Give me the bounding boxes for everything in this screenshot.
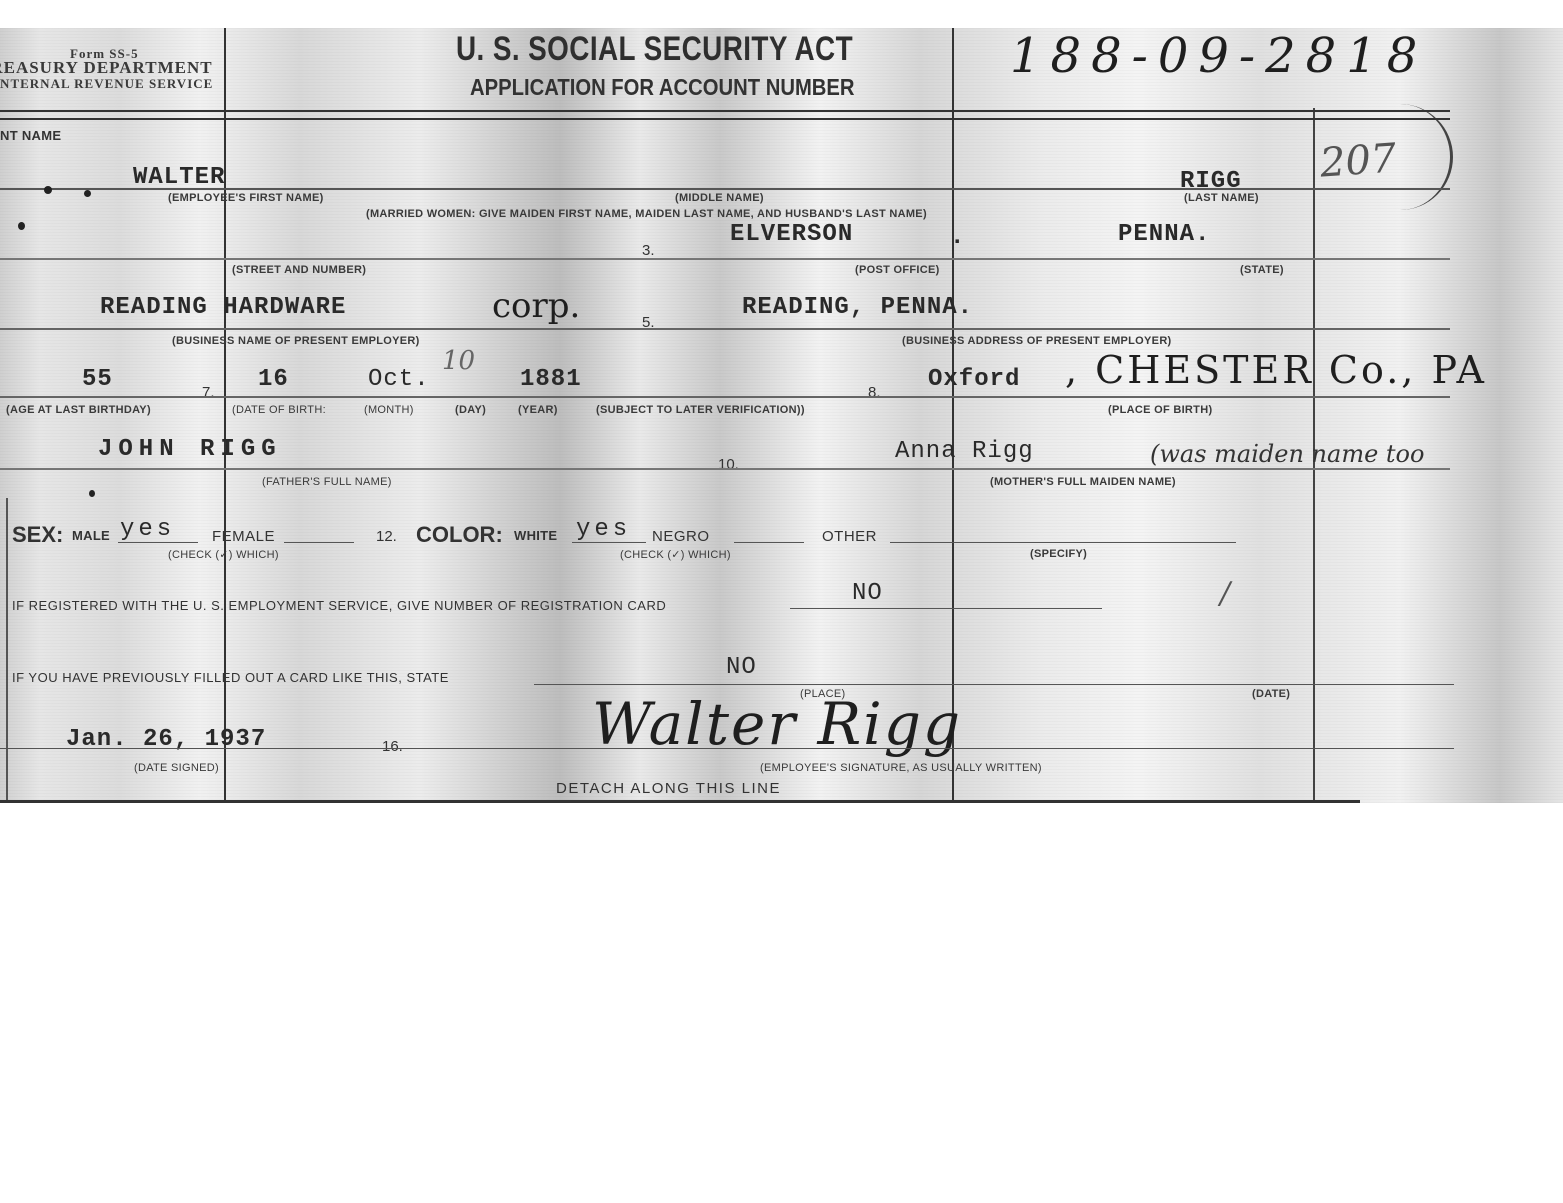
dob-caption-month: (MONTH) xyxy=(364,404,414,416)
punch-dot xyxy=(89,490,95,497)
parents-line xyxy=(0,468,1450,470)
dob-caption-day: (DAY) xyxy=(455,404,486,416)
last-name-value: RIGG xyxy=(1180,168,1242,195)
state-caption: (STATE) xyxy=(1240,264,1284,276)
mother-name-value: Anna Rigg xyxy=(895,438,1034,465)
street-caption: (STREET AND NUMBER) xyxy=(232,264,366,276)
post-office-number: 3. xyxy=(642,242,655,259)
dob-number: 7. xyxy=(202,384,215,401)
previous-card-date-caption: (DATE) xyxy=(1252,688,1290,700)
father-name-value: JOHN RIGG xyxy=(98,436,282,463)
header-divider xyxy=(0,110,1450,120)
last-name-caption: (LAST NAME) xyxy=(1184,192,1259,204)
form-subtitle: APPLICATION FOR ACCOUNT NUMBER xyxy=(470,74,855,101)
department-label: TREASURY DEPARTMENT xyxy=(0,58,213,78)
color-other-label: OTHER xyxy=(822,528,877,545)
sex-female-label: FEMALE xyxy=(212,528,275,545)
color-other-blank xyxy=(890,542,1236,543)
signature-caption: (EMPLOYEE'S SIGNATURE, AS USUALLY WRITTE… xyxy=(760,762,1042,774)
employer-address-value: READING, PENNA. xyxy=(742,294,973,321)
color-specify-caption: (SPECIFY) xyxy=(1030,548,1087,560)
previous-card-label: IF YOU HAVE PREVIOUSLY FILLED OUT A CARD… xyxy=(12,670,449,685)
color-number: 12. xyxy=(376,528,397,545)
dob-day: 16 xyxy=(258,366,289,393)
state-value: PENNA. xyxy=(1118,221,1210,248)
sex-male-value: yes xyxy=(120,516,175,543)
sex-female-blank xyxy=(284,542,354,543)
employment-service-label: IF REGISTERED WITH THE U. S. EMPLOYMENT … xyxy=(12,598,666,613)
color-negro-blank xyxy=(734,542,804,543)
employment-service-blank xyxy=(790,608,1102,609)
color-label: COLOR: xyxy=(416,522,503,548)
employer-name-caption: (BUSINESS NAME OF PRESENT EMPLOYER) xyxy=(172,335,420,347)
detach-line xyxy=(0,800,1360,803)
left-column-rule xyxy=(224,28,226,803)
date-signed-caption: (DATE SIGNED) xyxy=(134,762,219,774)
mother-caption: (MOTHER'S FULL MAIDEN NAME) xyxy=(990,476,1176,488)
color-white-value: yes xyxy=(576,516,631,543)
section-label: NT NAME xyxy=(0,128,61,143)
employer-name-value: READING HARDWARE xyxy=(100,294,346,321)
first-name-value: WALTER xyxy=(133,164,225,191)
birthplace-value: Oxford xyxy=(928,366,1020,393)
post-office-separator: . xyxy=(950,224,965,251)
married-women-note: (MARRIED WOMEN: GIVE MAIDEN FIRST NAME, … xyxy=(366,208,927,220)
mother-number: 10. xyxy=(718,456,739,473)
color-white-blank xyxy=(572,542,646,543)
form-title: U. S. SOCIAL SECURITY ACT xyxy=(456,30,853,69)
signature-line xyxy=(0,748,1454,749)
left-edge-rule xyxy=(6,498,8,803)
sex-label: SEX: xyxy=(12,522,63,548)
middle-column-rule xyxy=(952,28,954,803)
color-negro-label: NEGRO xyxy=(652,528,710,545)
previous-card-blank xyxy=(534,684,1454,685)
signature-number: 16. xyxy=(382,738,403,755)
employer-name-handwritten: corp. xyxy=(492,286,580,326)
dob-month-handwritten: 10 xyxy=(442,346,475,376)
dob-line xyxy=(0,396,1450,398)
birthplace-caption: (PLACE OF BIRTH) xyxy=(1108,404,1212,416)
dob-caption-verify: (SUBJECT TO LATER VERIFICATION)) xyxy=(596,404,805,416)
mother-handwritten-note: (was maiden name too xyxy=(1150,440,1424,468)
color-caption: (CHECK (✓) WHICH) xyxy=(620,548,731,561)
punch-dot xyxy=(84,190,91,197)
color-white-label: WHITE xyxy=(514,528,557,543)
post-office-caption: (POST OFFICE) xyxy=(855,264,940,276)
birthplace-handwritten: , CHESTER Co., PA xyxy=(1065,348,1487,392)
punch-dot xyxy=(44,186,52,194)
age-caption: (AGE AT LAST BIRTHDAY) xyxy=(6,404,151,416)
sex-male-label: MALE xyxy=(72,528,110,543)
account-number: 188-09-2818 xyxy=(1010,28,1427,84)
punch-dot xyxy=(18,222,25,230)
dob-caption-year: (YEAR) xyxy=(518,404,558,416)
sex-caption: (CHECK (✓) WHICH) xyxy=(168,548,279,561)
previous-card-value: NO xyxy=(726,654,757,681)
employment-service-value: NO xyxy=(852,580,883,607)
post-office-value: ELVERSON xyxy=(730,221,853,248)
address-line xyxy=(0,258,1450,260)
father-caption: (FATHER'S FULL NAME) xyxy=(262,476,392,488)
employer-address-caption: (BUSINESS ADDRESS OF PRESENT EMPLOYER) xyxy=(902,335,1172,347)
dob-month: Oct. xyxy=(368,366,430,393)
first-name-caption: (EMPLOYEE'S FIRST NAME) xyxy=(168,192,324,204)
age-value: 55 xyxy=(82,366,113,393)
detach-instruction: DETACH ALONG THIS LINE xyxy=(556,780,781,797)
ss5-application-form: Form SS-5 TREASURY DEPARTMENT INTERNAL R… xyxy=(0,28,1563,803)
middle-name-caption: (MIDDLE NAME) xyxy=(675,192,764,204)
dob-caption-prefix: (DATE OF BIRTH: xyxy=(232,404,326,416)
sex-male-blank xyxy=(118,542,198,543)
dob-year: 1881 xyxy=(520,366,582,393)
employer-line xyxy=(0,328,1450,330)
birthplace-number: 8. xyxy=(868,384,881,401)
stray-mark: / xyxy=(1220,576,1230,611)
margin-note: 207 xyxy=(1318,135,1397,186)
service-label: INTERNAL REVENUE SERVICE xyxy=(0,76,213,92)
